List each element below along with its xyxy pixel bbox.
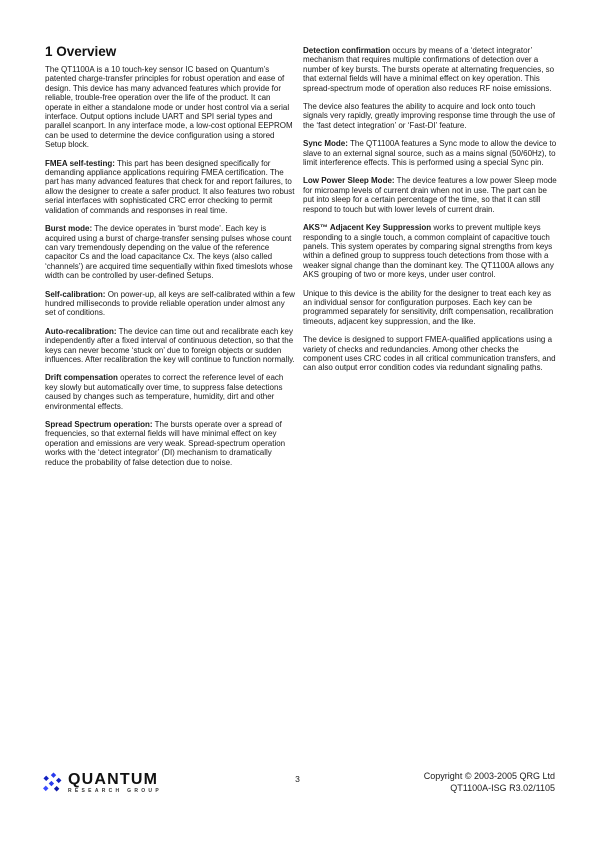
paragraph: The QT1100A is a 10 touch-key sensor IC … <box>45 65 297 150</box>
paragraph: Sync Mode: The QT1100A features a Sync m… <box>303 139 557 167</box>
paragraph: Burst mode: The device operates in ‘burs… <box>45 224 297 280</box>
paragraph: The device also features the ability to … <box>303 102 557 130</box>
paragraph: AKS™ Adjacent Key Suppression works to p… <box>303 223 557 279</box>
paragraph: FMEA self-testing: This part has been de… <box>45 159 297 215</box>
paragraph-lead: Auto-recalibration: <box>45 327 117 336</box>
paragraph-lead: Burst mode: <box>45 224 92 233</box>
paragraph: Detection confirmation occurs by means o… <box>303 46 557 93</box>
paragraph-lead: Drift compensation <box>45 373 118 382</box>
copyright-line1: Copyright © 2003-2005 QRG Ltd <box>424 771 555 783</box>
document-page: 1 Overview The QT1100A is a 10 touch-key… <box>0 0 595 842</box>
brand-subtitle: RESEARCH GROUP <box>68 788 162 794</box>
paragraph-lead: AKS™ Adjacent Key Suppression <box>303 223 431 232</box>
paragraph: Spread Spectrum operation: The bursts op… <box>45 420 297 467</box>
copyright-line2: QT1100A-ISG R3.02/1105 <box>424 783 555 795</box>
left-column: 1 Overview The QT1100A is a 10 touch-key… <box>45 44 297 476</box>
paragraph: The device is designed to support FMEA-q… <box>303 335 557 373</box>
paragraph-lead: Low Power Sleep Mode: <box>303 176 395 185</box>
section-title: 1 Overview <box>45 44 297 59</box>
paragraph-lead: Self-calibration: <box>45 290 105 299</box>
copyright-block: Copyright © 2003-2005 QRG Ltd QT1100A-IS… <box>424 771 555 794</box>
paragraph: Drift compensation operates to correct t… <box>45 373 297 411</box>
paragraph: Unique to this device is the ability for… <box>303 289 557 327</box>
paragraph: Self-calibration: On power-up, all keys … <box>45 290 297 318</box>
right-column: Detection confirmation occurs by means o… <box>303 46 557 382</box>
paragraph-lead: Spread Spectrum operation: <box>45 420 153 429</box>
paragraph: Auto-recalibration: The device can time … <box>45 327 297 365</box>
right-column-paragraphs: Detection confirmation occurs by means o… <box>303 46 557 373</box>
paragraph-lead: FMEA self-testing: <box>45 159 115 168</box>
paragraph: Low Power Sleep Mode: The device feature… <box>303 176 557 214</box>
paragraph-lead: Sync Mode: <box>303 139 348 148</box>
paragraph-lead: Detection confirmation <box>303 46 390 55</box>
left-column-paragraphs: The QT1100A is a 10 touch-key sensor IC … <box>45 65 297 467</box>
